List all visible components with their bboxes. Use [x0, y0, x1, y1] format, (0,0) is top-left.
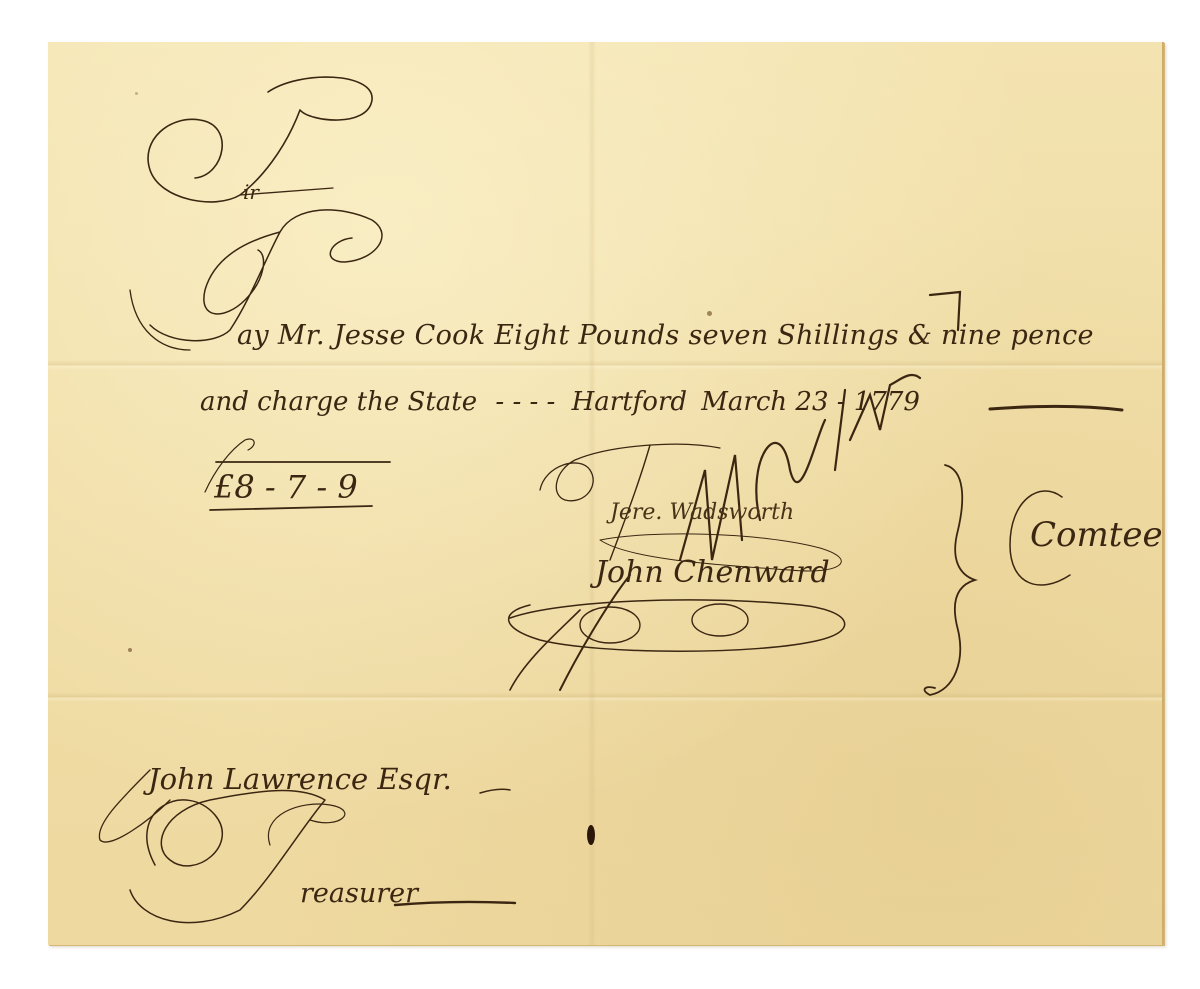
pay-line: ay Mr. Jesse Cook Eight Pounds seven Shi… — [237, 320, 1094, 351]
date-text: March 23 - 1779 — [701, 387, 920, 417]
signatory-2: John Chenward — [595, 555, 830, 590]
paper-speck — [128, 648, 132, 652]
committee-label: Comtee — [1030, 515, 1163, 555]
addressee-name: John Lawrence Esqr. — [148, 762, 452, 796]
ink-blot — [587, 825, 595, 845]
fold-line-lower — [48, 692, 1162, 702]
place-text: Hartford — [572, 387, 687, 417]
paper-speck — [135, 92, 138, 95]
charge-text: and charge the State — [200, 387, 477, 417]
fold-line-vertical — [588, 42, 596, 945]
salutation-ir: ir — [243, 180, 259, 204]
charge-line: and charge the State - - - - Hartford Ma… — [200, 387, 920, 417]
treasurer-title: reasurer — [300, 878, 418, 909]
signatory-1: Jere. Wadsworth — [610, 500, 794, 525]
charge-dashes: - - - - — [495, 387, 555, 417]
fold-line-upper — [48, 360, 1162, 370]
paper-speck — [707, 311, 712, 316]
amount-text: £8 - 7 - 9 — [214, 468, 358, 506]
